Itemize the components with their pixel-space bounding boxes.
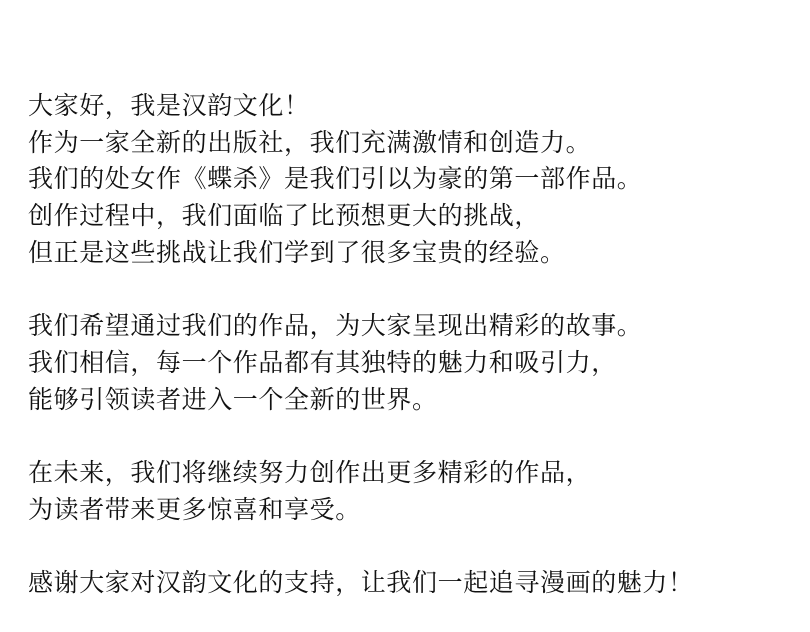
text-line: 为读者带来更多惊喜和享受。 bbox=[28, 492, 810, 529]
text-line: 我们相信，每一个作品都有其独特的魅力和吸引力， bbox=[28, 345, 810, 382]
text-line: 感谢大家对汉韵文化的支持，让我们一起追寻漫画的魅力！ bbox=[28, 565, 810, 602]
text-line: 在未来，我们将继续努力创作出更多精彩的作品， bbox=[28, 455, 810, 492]
text-line: 但正是这些挑战让我们学到了很多宝贵的经验。 bbox=[28, 235, 810, 272]
paragraph-thanks: 感谢大家对汉韵文化的支持，让我们一起追寻漫画的魅力！ bbox=[28, 565, 810, 602]
paragraph-mission: 我们希望通过我们的作品，为大家呈现出精彩的故事。 我们相信，每一个作品都有其独特… bbox=[28, 308, 810, 418]
text-line: 大家好，我是汉韵文化！ bbox=[28, 88, 810, 125]
paragraph-introduction: 大家好，我是汉韵文化！ 作为一家全新的出版社，我们充满激情和创造力。 我们的处女… bbox=[28, 88, 810, 271]
text-line: 我们希望通过我们的作品，为大家呈现出精彩的故事。 bbox=[28, 308, 810, 345]
text-line: 作为一家全新的出版社，我们充满激情和创造力。 bbox=[28, 125, 810, 162]
text-line: 我们的处女作《蝶杀》是我们引以为豪的第一部作品。 bbox=[28, 161, 810, 198]
paragraph-future: 在未来，我们将继续努力创作出更多精彩的作品， 为读者带来更多惊喜和享受。 bbox=[28, 455, 810, 528]
announcement-text: 大家好，我是汉韵文化！ 作为一家全新的出版社，我们充满激情和创造力。 我们的处女… bbox=[28, 88, 810, 602]
text-line: 能够引领读者进入一个全新的世界。 bbox=[28, 382, 810, 419]
text-line: 创作过程中，我们面临了比预想更大的挑战， bbox=[28, 198, 810, 235]
